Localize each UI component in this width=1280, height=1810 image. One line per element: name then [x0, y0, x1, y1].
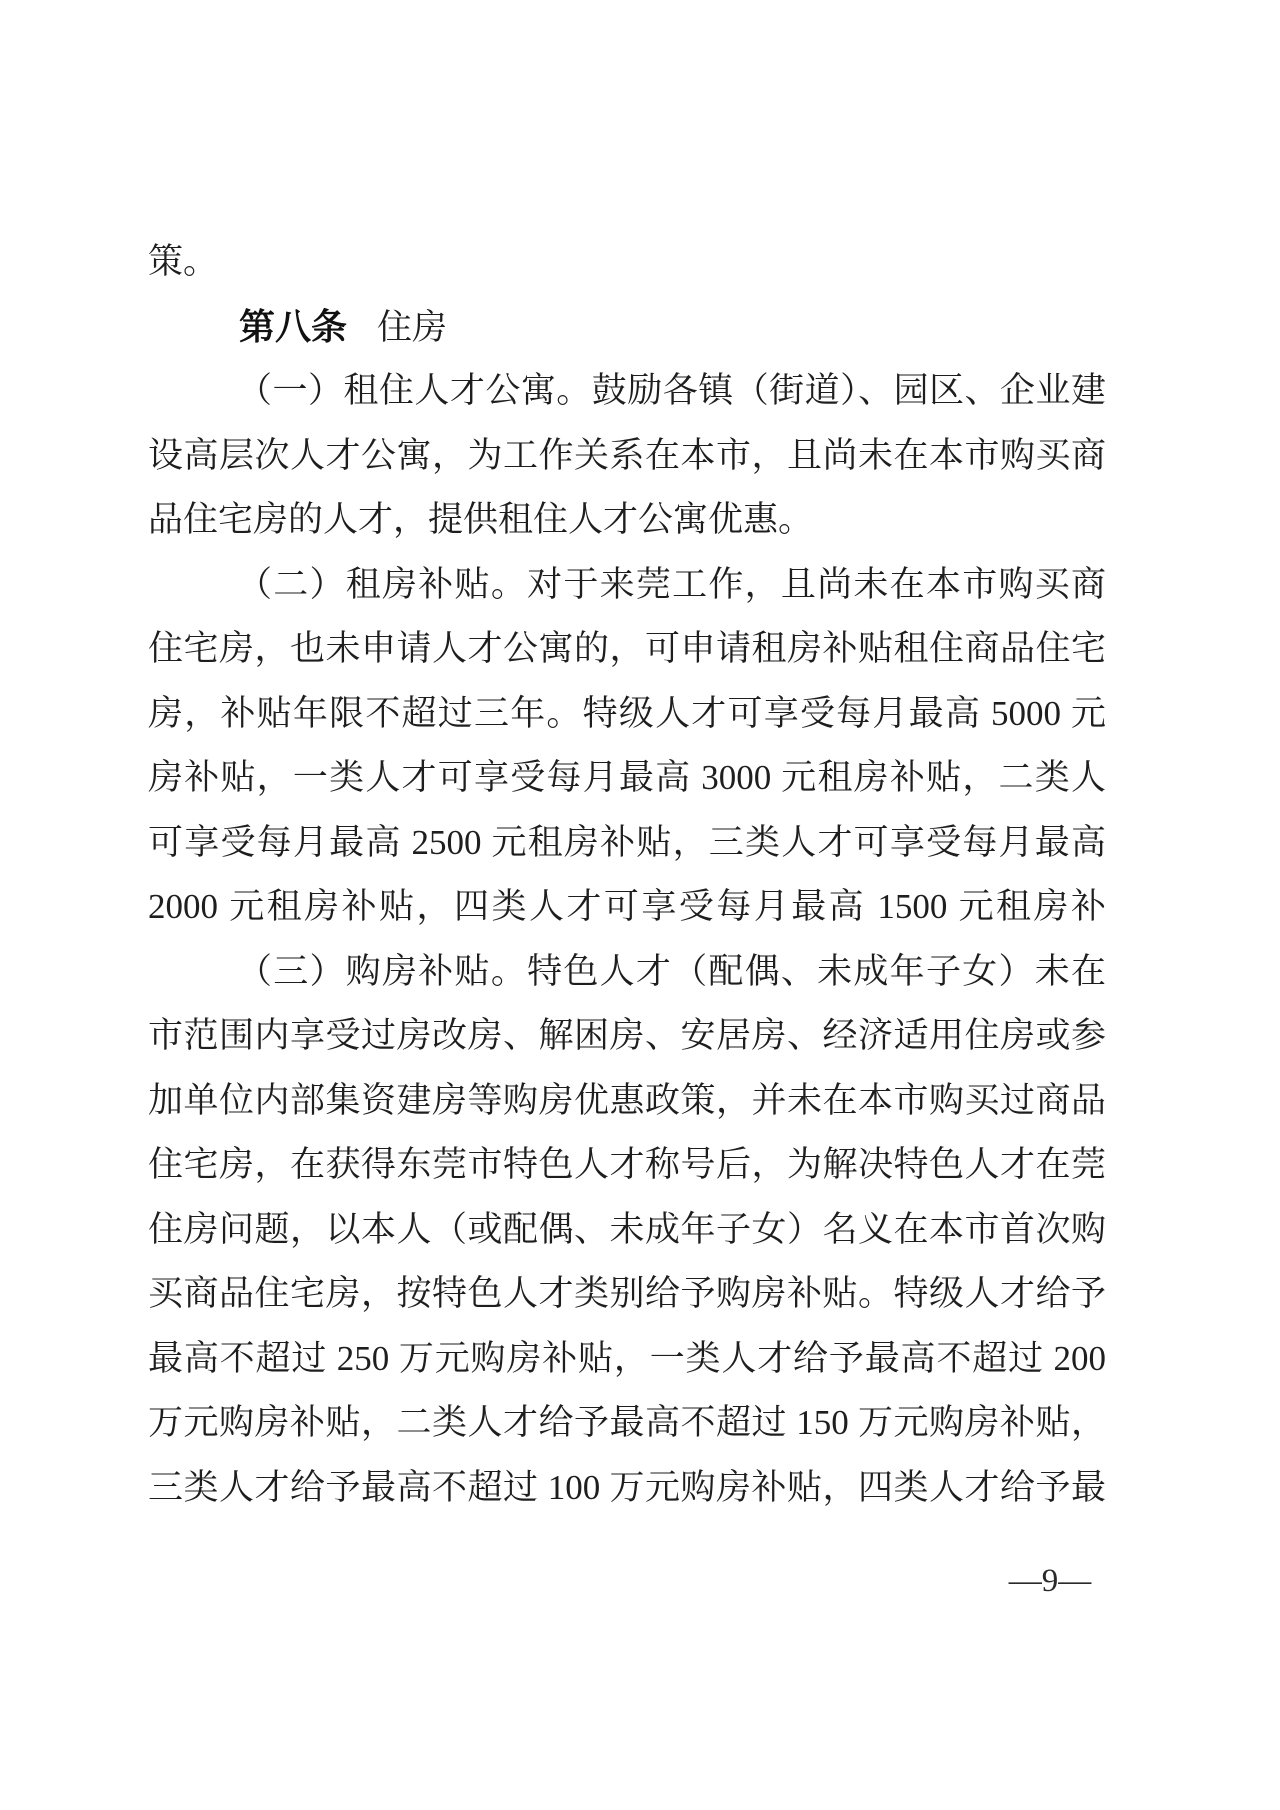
- document-line: 住宅房，在获得东莞市特色人才称号后，为解决特色人才在莞: [148, 1133, 1106, 1198]
- heading-title: 住房: [377, 308, 447, 347]
- document-line: 住宅房，也未申请人才公寓的，可申请租房补贴租住商品住宅: [148, 617, 1106, 682]
- document-line: 策。: [148, 230, 1106, 295]
- document-line: 加单位内部集资建房等购房优惠政策，并未在本市购买过商品: [148, 1069, 1106, 1134]
- page-number: —9—: [975, 1556, 1125, 1606]
- document-line: 万元购房补贴，二类人才给予最高不超过 150 万元购房补贴，: [148, 1391, 1106, 1456]
- document-line: 市范围内享受过房改房、解困房、安居房、经济适用住房或参: [148, 1004, 1106, 1069]
- document-line: 品住宅房的人才，提供租住人才公寓优惠。: [148, 488, 1106, 553]
- document-line: 房补贴，一类人才可享受每月最高 3000 元租房补贴，二类人才: [148, 746, 1106, 811]
- document-line: 可享受每月最高 2500 元租房补贴，三类人才可享受每月最高: [148, 811, 1106, 876]
- document-line: 三类人才给予最高不超过 100 万元购房补贴，四类人才给予最: [148, 1456, 1106, 1521]
- heading-number: 第八条: [239, 306, 347, 347]
- article-8-heading: 第八条住房: [148, 295, 1106, 360]
- document-page: 策。 第八条住房 （一）租住人才公寓。鼓励各镇（街道）、园区、企业建 设高层次人…: [0, 0, 1280, 1810]
- document-line: 设高层次人才公寓，为工作关系在本市，且尚未在本市购买商: [148, 424, 1106, 489]
- document-line: 最高不超过 250 万元购房补贴，一类人才给予最高不超过 200: [148, 1327, 1106, 1392]
- document-line: 房，补贴年限不超过三年。特级人才可享受每月最高 5000 元租: [148, 682, 1106, 747]
- text-block: 策。 第八条住房 （一）租住人才公寓。鼓励各镇（街道）、园区、企业建 设高层次人…: [148, 230, 1106, 1520]
- document-line: （一）租住人才公寓。鼓励各镇（街道）、园区、企业建: [148, 359, 1106, 424]
- document-line: （三）购房补贴。特色人才（配偶、未成年子女）未在本: [148, 940, 1106, 1005]
- document-line: 2000 元租房补贴，四类人才可享受每月最高 1500 元租房补贴。: [148, 875, 1106, 940]
- document-line: 住房问题，以本人（或配偶、未成年子女）名义在本市首次购: [148, 1198, 1106, 1263]
- document-line: 买商品住宅房，按特色人才类别给予购房补贴。特级人才给予: [148, 1262, 1106, 1327]
- document-line: （二）租房补贴。对于来莞工作，且尚未在本市购买商品: [148, 553, 1106, 618]
